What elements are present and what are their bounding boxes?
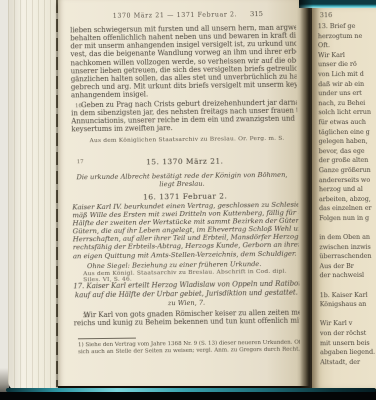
text-line: Oft.: [318, 41, 376, 51]
text-line: daß wir ab ein: [318, 79, 376, 89]
cover-top-shadow: [299, 0, 313, 8]
right-page-number: 316: [320, 11, 376, 19]
book-photo: 1370 März 21 — 1371 Februar 2. 315 liebe…: [0, 0, 376, 400]
text-line: reichs und kunig zu Beheim bekennen und …: [74, 317, 300, 328]
text-line: nach, zu Behei: [318, 99, 376, 109]
right-page-content: 316 13. Brief geherzogtum neOft.Wir Karl…: [318, 11, 376, 386]
right-page-lines: 13. Brief geherzogtum neOft.Wir Karlunse…: [318, 22, 376, 368]
text-line: der nachweisl: [320, 271, 376, 281]
text-line: von der röchst: [320, 329, 376, 339]
item-16-regest: Kaiser Karl IV. beurkundet einen Vertrag…: [72, 201, 299, 260]
text-line: der große alten: [319, 156, 376, 166]
paragraph-continuation: lieben schwiegersun mit fursten und all …: [70, 24, 297, 100]
text-line: von Lich mit d: [318, 70, 376, 80]
text-line: herzogtum ne: [318, 31, 376, 41]
footnote-rule: [78, 338, 136, 340]
text-line: andererseits wo: [319, 175, 376, 185]
text-line: Aus der Br: [319, 262, 376, 272]
text-line: bevor, das ege: [319, 147, 376, 157]
text-line: arbeiten, abzog,: [319, 194, 376, 204]
text-line: herzog und al: [319, 185, 376, 195]
text-line: solch licht errun: [318, 108, 376, 118]
text-line: Wir Karl: [318, 51, 376, 61]
text-line: für etwas auch: [318, 118, 376, 128]
running-head: 1370 März 21 — 1371 Februar 2.: [70, 11, 280, 21]
text-line: [320, 310, 376, 320]
text-line: unser die rö: [318, 60, 376, 70]
text-line: zwischen inzwis: [319, 242, 376, 252]
source-line-1: Aus dem Königlichen Staatsarchiv zu Bres…: [89, 136, 284, 144]
text-line: gelegen haben,: [319, 137, 376, 147]
text-line: [320, 281, 376, 291]
text-line: das einzelnen er: [319, 204, 376, 214]
item-17-date: zu Wien, 7.: [73, 298, 299, 309]
text-line: Königshaus an: [320, 300, 376, 310]
text-line: Wir Karl v: [320, 319, 376, 329]
text-line: Ganze größerun: [319, 166, 376, 176]
page-edges-stack: [8, 0, 58, 391]
paragraph-datum: Geben zu Prag nach Crists geburt dreizeh…: [71, 99, 297, 134]
footnote: 1) Siehe den Vertrag vom Jahre 1368 Nr. …: [78, 340, 300, 356]
left-page: 1370 März 21 — 1371 Februar 2. 315 liebe…: [58, 0, 312, 386]
left-page-number: 315: [250, 10, 263, 18]
right-page: 316 13. Brief geherzogtum neOft.Wir Karl…: [312, 7, 376, 389]
background-bottom: [0, 392, 376, 400]
text-line: keysertums im zweiften jare.: [71, 123, 297, 134]
item-15-heading: 15. 1370 März 21.: [72, 156, 298, 168]
text-line: überraschenden: [319, 252, 376, 262]
text-line: abgaben liegend.: [320, 348, 376, 358]
text-line: 13. Brief ge: [318, 22, 376, 32]
item-15-summary: Die urkunde Albrecht bestätigt rede der …: [72, 171, 292, 190]
text-line: [319, 223, 376, 233]
text-line: 1b. Kaiser Karl: [320, 290, 376, 300]
text-line: Altstadt, der: [320, 358, 376, 368]
text-line: mit unsern beis: [320, 338, 376, 348]
item-17-body: Wir Karl von gots gnaden Römischer keise…: [74, 309, 300, 329]
text-line: in dem Oben an: [319, 233, 376, 243]
text-line: täglichen eine g: [319, 127, 376, 137]
text-line: Folgen nun in g: [319, 214, 376, 224]
left-page-content: 1370 März 21 — 1371 Februar 2. 315 liebe…: [70, 0, 301, 386]
text-line: under uns ert: [318, 89, 376, 99]
